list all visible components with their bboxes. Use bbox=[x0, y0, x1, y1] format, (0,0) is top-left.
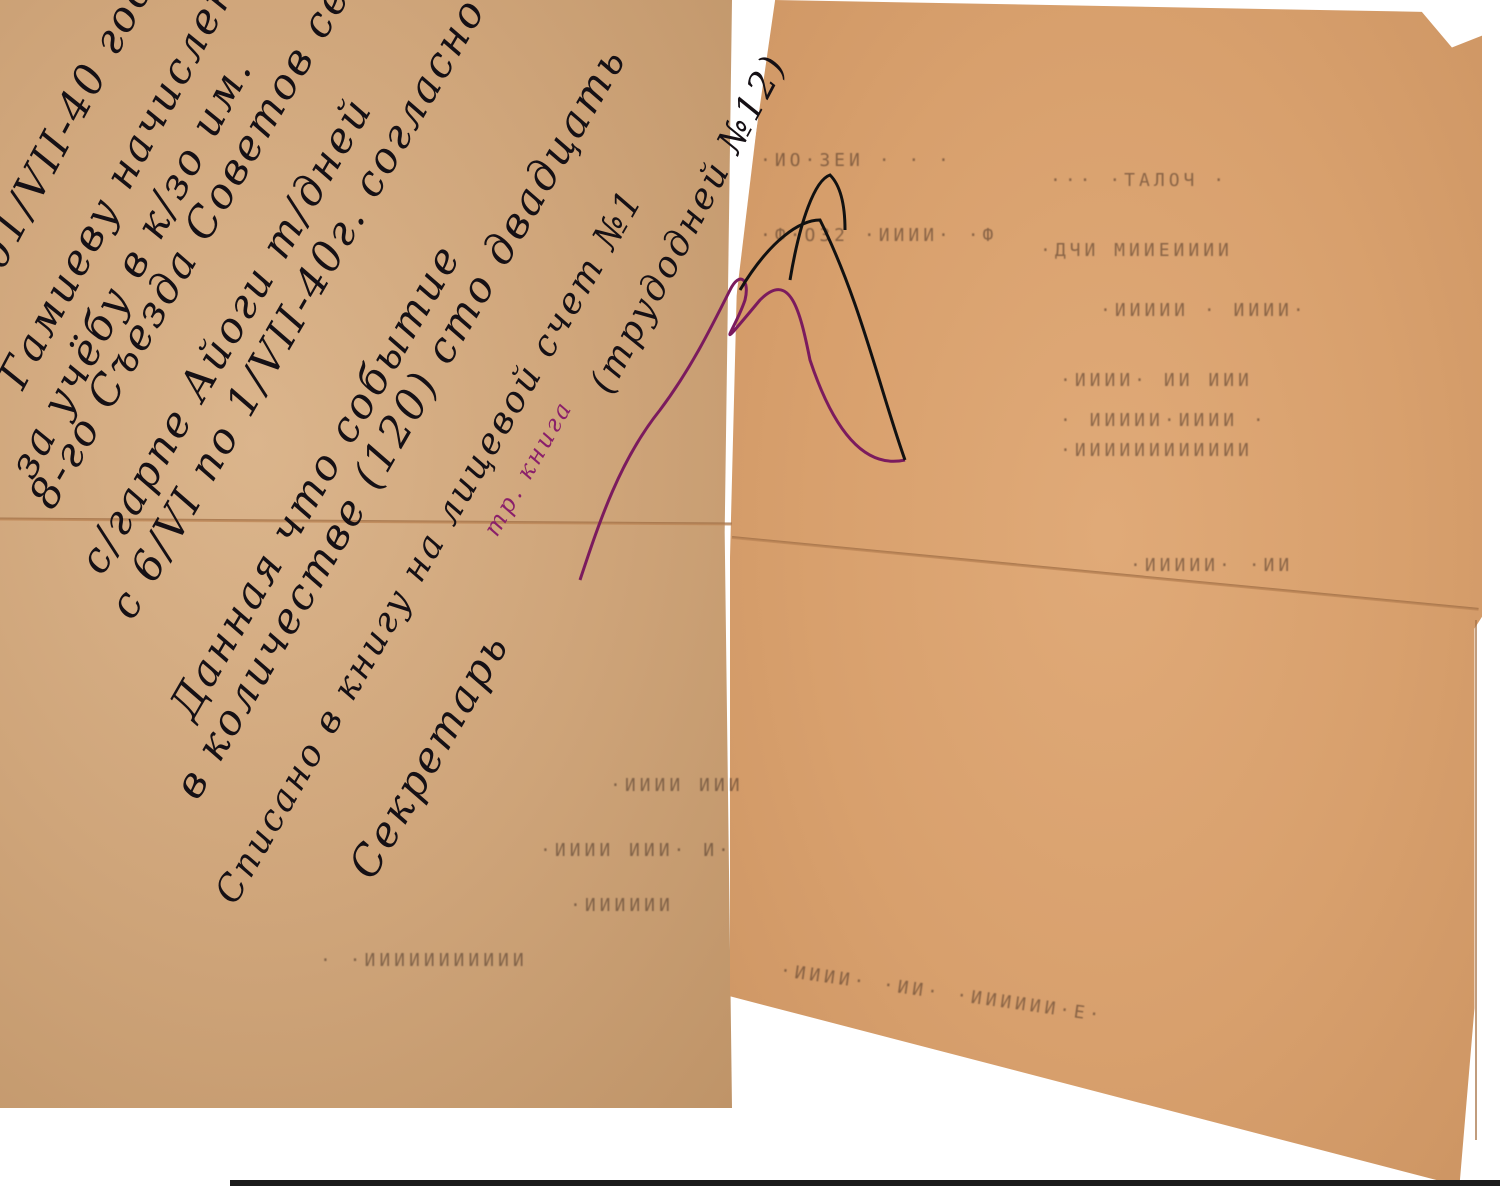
bleed-through-text: ·ИИИИ ИИИ· И· bbox=[540, 840, 733, 861]
bleed-through-text: ·ИИИИИ · ИИИИ· bbox=[1100, 300, 1308, 321]
bleed-through-text: ·ИИИИИИ bbox=[570, 895, 674, 916]
bleed-through-text: ·ИИИИ ИИИ bbox=[610, 775, 744, 796]
vertical-fold-right bbox=[1475, 620, 1477, 1140]
bleed-through-text: · ИИИИИ·ИИИИ · bbox=[1060, 410, 1268, 431]
signature-icon bbox=[560, 160, 920, 590]
bleed-through-text: ·ИИИИ· ИИ ИИИ bbox=[1060, 370, 1253, 391]
scanner-edge bbox=[230, 1180, 1500, 1186]
bleed-through-text: ··· ·ТАЛОЧ · bbox=[1050, 170, 1228, 191]
bleed-through-text: ·ИИИИИИИИИИИИ bbox=[1060, 440, 1253, 461]
bleed-through-text: ·ИИИИИ· ·ИИ bbox=[1130, 555, 1293, 576]
bleed-through-text: ·ДЧИ МИИЕИИИИ bbox=[1040, 240, 1233, 261]
bleed-through-text: · ·ИИИИИИИИИИИ bbox=[320, 950, 528, 971]
